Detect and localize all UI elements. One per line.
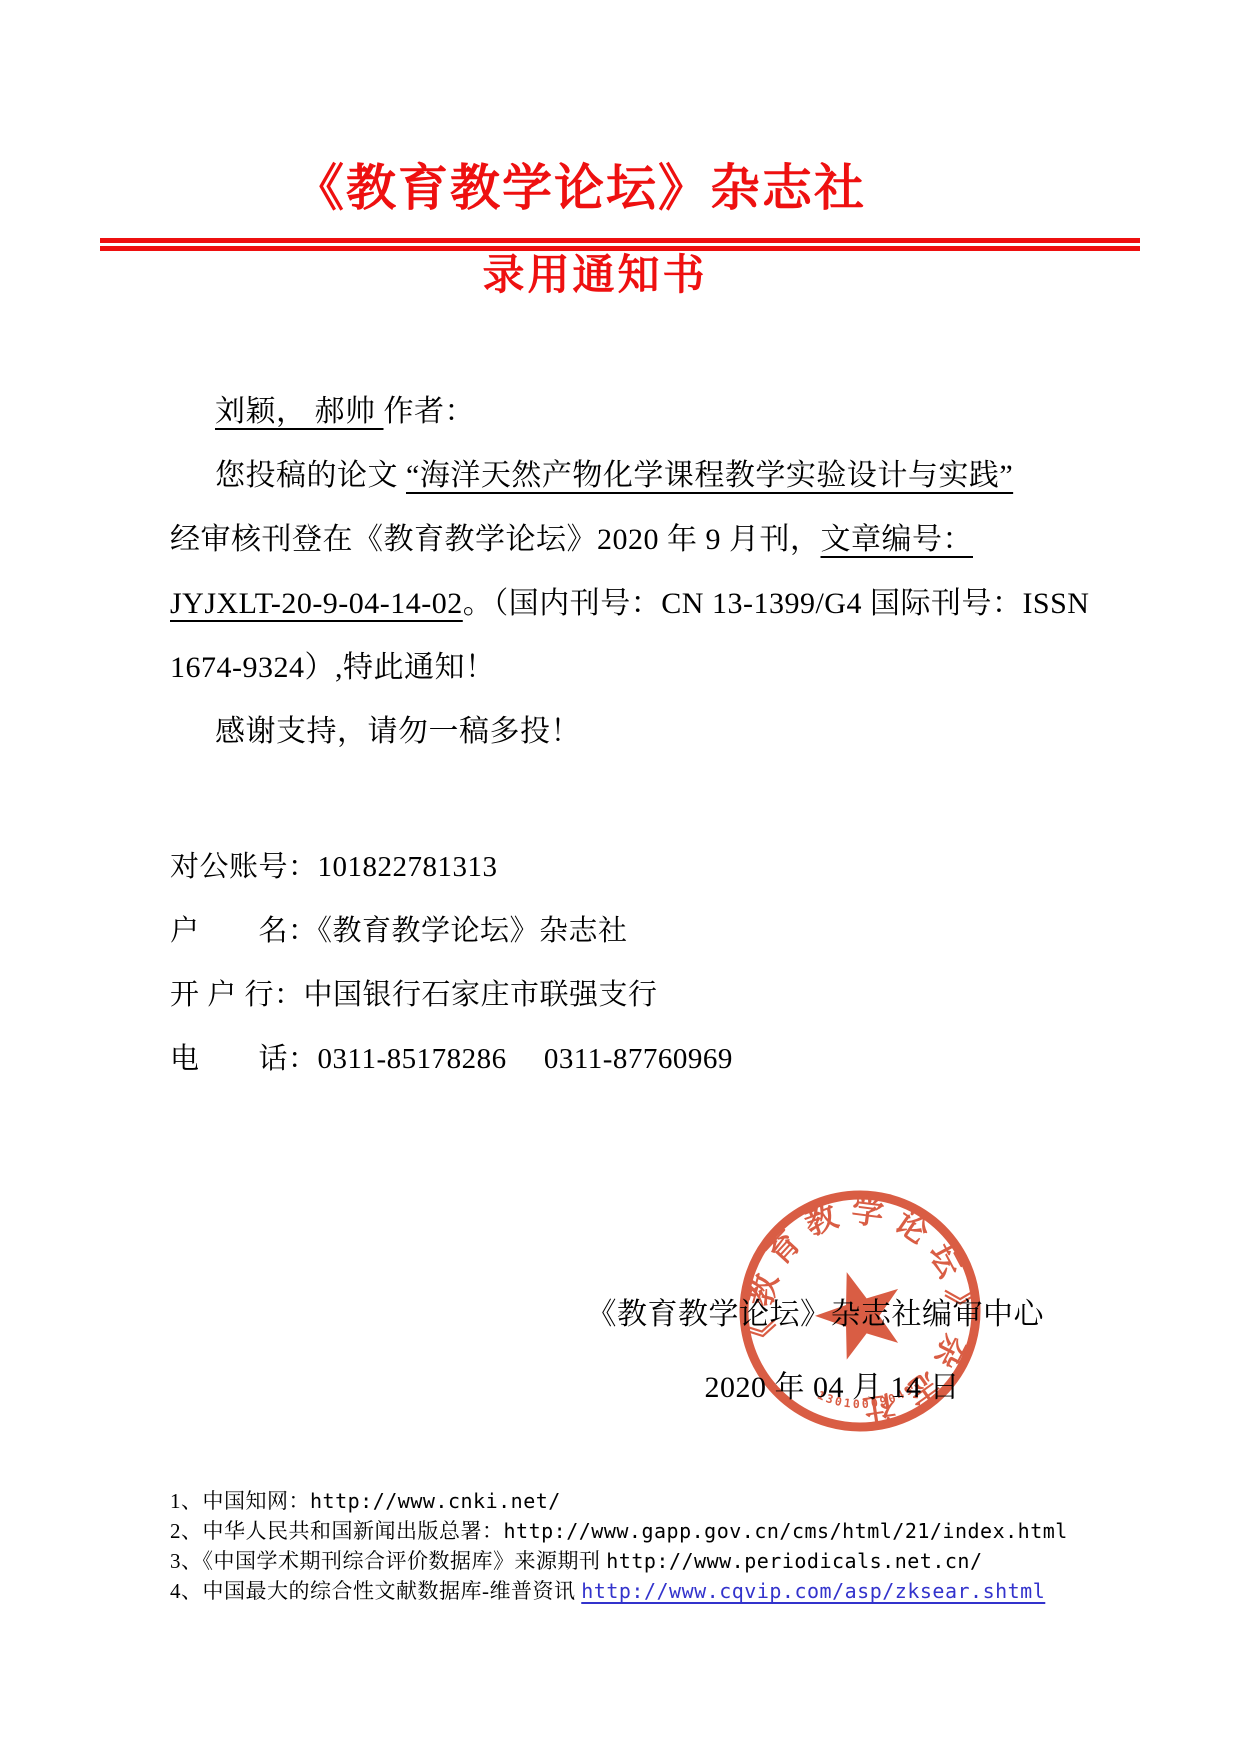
article-number-label: 文章编号： [821, 523, 974, 556]
journal-numbers: 。（国内刊号：CN 13-1399/G4 国际刊号：ISSN [463, 587, 1090, 620]
author-names: 刘颖， 郝帅 [215, 395, 384, 428]
account-row: 户 名：《教育教学论坛》杂志社 [170, 899, 1075, 963]
paper-title-line: 您投稿的论文 “海洋天然产物化学课程教学实验设计与实践” [170, 444, 1075, 508]
document-header: 《教育教学论坛》杂志社 录用通知书 [0, 0, 1240, 301]
page-title: 《教育教学论坛》杂志社 [0, 160, 1200, 216]
author-suffix: 作者： [384, 395, 476, 428]
article-number: JYJXLT-20-9-04-14-02 [170, 587, 463, 620]
page-subtitle: 录用通知书 [0, 251, 1215, 301]
account-row: 开 户 行：中国银行石家庄市联强支行 [170, 963, 1075, 1027]
notice-body: 刘颖， 郝帅 作者： 您投稿的论文 “海洋天然产物化学课程教学实验设计与实践” … [170, 380, 1075, 1606]
footer-url: http://www.gapp.gov.cn/cms/html/21/index… [504, 1519, 1068, 1543]
signature-org: 《教育教学论坛》杂志社编审中心 [170, 1283, 1075, 1347]
footer-note: 3、《中国学术期刊综合评价数据库》来源期刊 http://www.periodi… [170, 1546, 1075, 1576]
footer-note: 1、中国知网：http://www.cnki.net/ [170, 1486, 1075, 1516]
thanks-line: 感谢支持，请勿一稿多投！ [170, 700, 1075, 764]
author-line: 刘颖， 郝帅 作者： [170, 380, 1075, 444]
title-divider-rule [100, 238, 1140, 251]
bank-account-block: 对公账号：101822781313 户 名：《教育教学论坛》杂志社 开 户 行：… [170, 835, 1075, 1091]
signature-block: 《教育教学论坛》杂志社编审中心 2020 年 04 月 14 日 [170, 1283, 1075, 1420]
issn-line: 1674-9324）,特此通知！ [170, 636, 1075, 700]
account-row: 电 话：0311-85178286 0311-87760969 [170, 1027, 1075, 1091]
footer-note: 2、中华人民共和国新闻出版总署：http://www.gapp.gov.cn/c… [170, 1516, 1075, 1546]
footer-note: 4、中国最大的综合性文献数据库-维普资讯 http://www.cqvip.co… [170, 1576, 1075, 1606]
footer-links: 1、中国知网：http://www.cnki.net/ 2、中华人民共和国新闻出… [170, 1486, 1075, 1606]
footer-note-text: 1、中国知网： [170, 1489, 310, 1513]
phone-label: 电 话： [170, 1043, 318, 1075]
account-row: 对公账号：101822781313 [170, 835, 1075, 899]
paper-title: “海洋天然产物化学课程教学实验设计与实践” [406, 459, 1013, 492]
paper-intro: 您投稿的论文 [215, 459, 406, 492]
issue-line: 经审核刊登在《教育教学论坛》2020 年 9 月刊，文章编号： [170, 508, 1075, 572]
account-number-value: 101822781313 [318, 851, 498, 883]
footer-url: http://www.cnki.net/ [310, 1489, 561, 1513]
account-number-label: 对公账号： [170, 851, 318, 883]
article-number-line: JYJXLT-20-9-04-14-02。（国内刊号：CN 13-1399/G4… [170, 572, 1075, 636]
issue-text: 经审核刊登在《教育教学论坛》2020 年 9 月刊， [170, 523, 821, 556]
signature-date: 2020 年 04 月 14 日 [170, 1356, 1075, 1420]
footer-url: http://www.periodicals.net.cn/ [606, 1549, 982, 1573]
footer-link[interactable]: http://www.cqvip.com/asp/zksear.shtml [581, 1579, 1045, 1603]
account-name-value: 《教育教学论坛》杂志社 [318, 915, 628, 947]
footer-note-text: 2、中华人民共和国新闻出版总署： [170, 1519, 504, 1543]
footer-note-text: 3、《中国学术期刊综合评价数据库》来源期刊 [170, 1549, 606, 1573]
bank-branch-value: 中国银行石家庄市联强支行 [304, 979, 658, 1011]
phone-value: 0311-85178286 0311-87760969 [318, 1043, 733, 1075]
footer-note-text: 4、中国最大的综合性文献数据库-维普资讯 [170, 1579, 581, 1603]
bank-branch-label: 开 户 行： [170, 979, 304, 1011]
acceptance-notice-page: 《教育教学论坛》杂志社 录用通知书 刘颖， 郝帅 作者： 您投稿的论文 “海洋天… [0, 0, 1240, 1753]
account-name-label: 户 名： [170, 915, 318, 947]
